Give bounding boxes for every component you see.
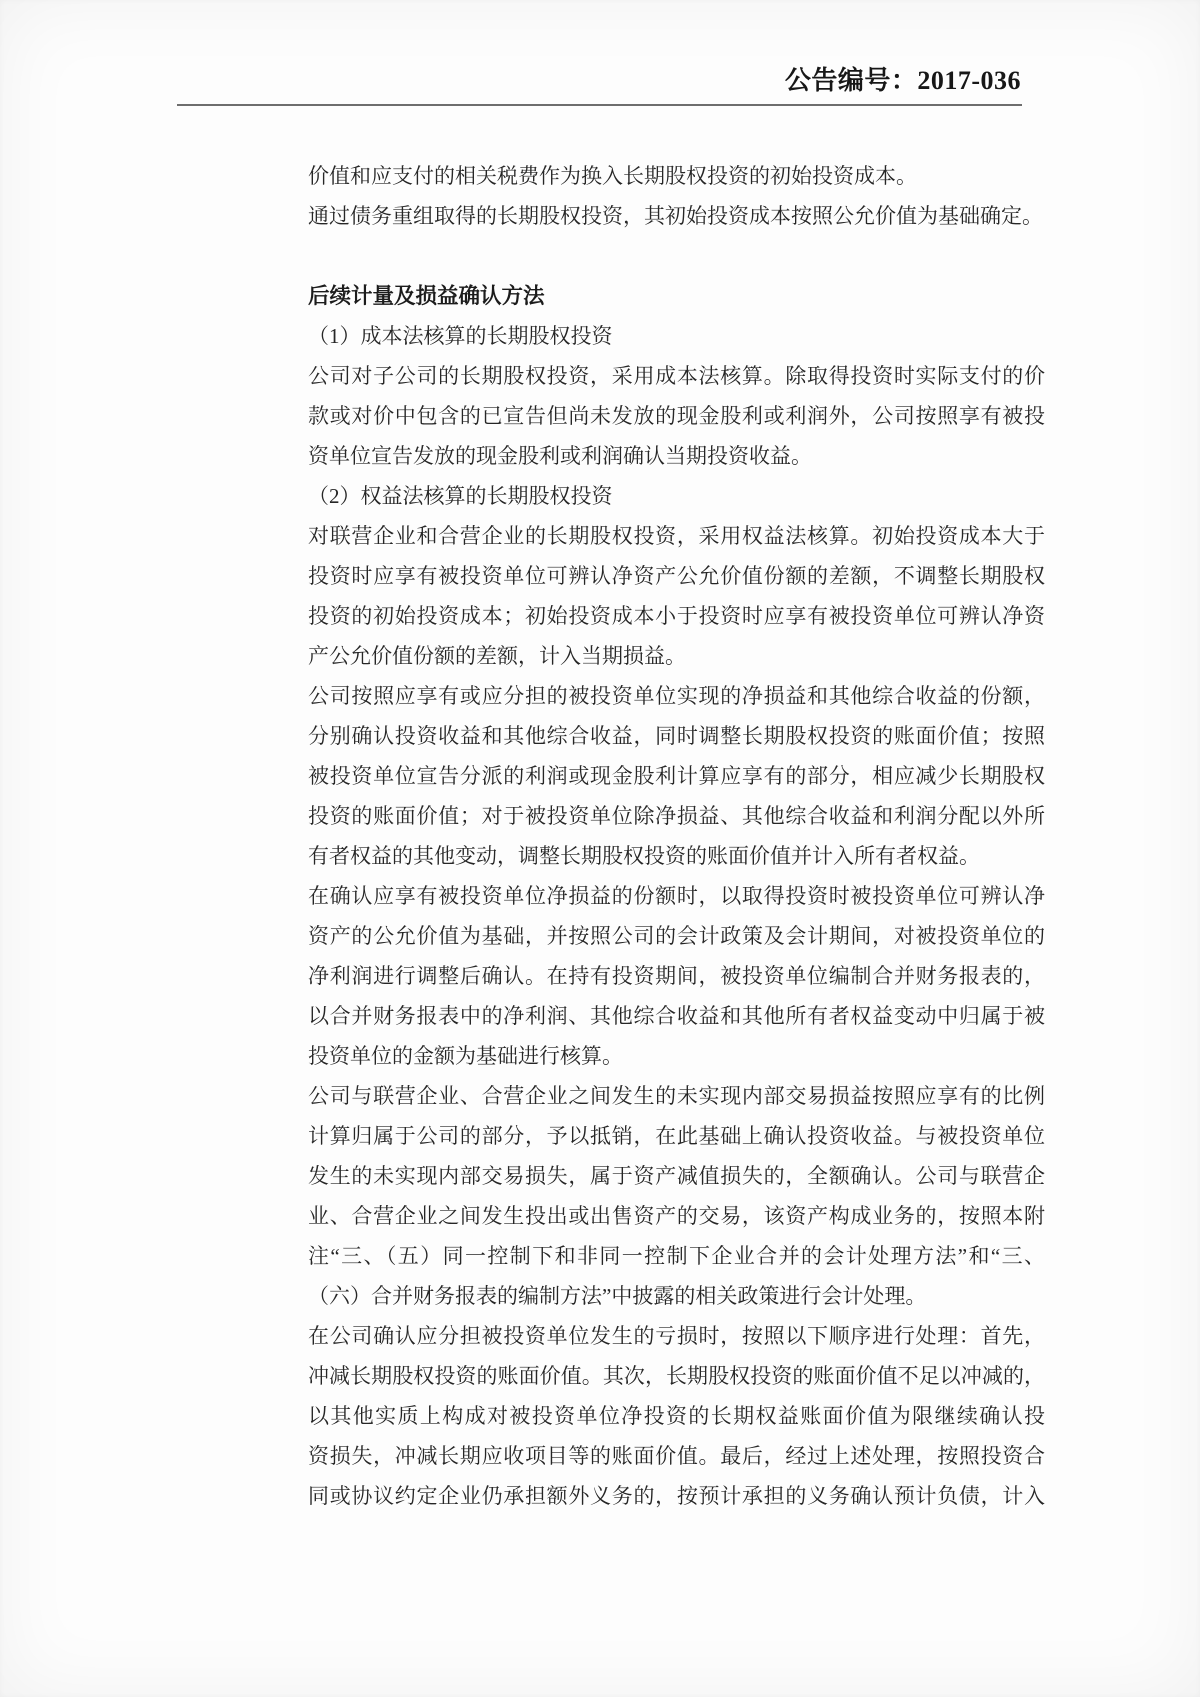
- text-line: 资产的公允价值为基础，并按照公司的会计政策及会计期间，对被投资单位的: [308, 916, 1045, 956]
- text-line: 投资的初始投资成本；初始投资成本小于投资时应享有被投资单位可辨认净资: [308, 596, 1045, 636]
- text-line: 通过债务重组取得的长期股权投资，其初始投资成本按照公允价值为基础确定。: [308, 196, 1045, 236]
- header-divider: [177, 104, 1022, 106]
- document-page: 公告编号：2017-036 价值和应支付的相关税费作为换入长期股权投资的初始投资…: [0, 0, 1200, 1697]
- text-line: 业、合营企业之间发生投出或出售资产的交易，该资产构成业务的，按照本附: [308, 1196, 1045, 1236]
- text-line: 投资时应享有被投资单位可辨认净资产公允价值份额的差额，不调整长期股权: [308, 556, 1045, 596]
- text-line: 冲减长期股权投资的账面价值。其次，长期股权投资的账面价值不足以冲减的，: [308, 1356, 1045, 1396]
- text-line: （1）成本法核算的长期股权投资: [308, 316, 1045, 356]
- text-line: 分别确认投资收益和其他综合收益，同时调整长期股权投资的账面价值；按照: [308, 716, 1045, 756]
- text-line: 投资单位的金额为基础进行核算。: [308, 1036, 1045, 1076]
- text-line: 公司与联营企业、合营企业之间发生的未实现内部交易损益按照应享有的比例: [308, 1076, 1045, 1116]
- text-line: 被投资单位宣告分派的利润或现金股利计算应享有的部分，相应减少长期股权: [308, 756, 1045, 796]
- section-title: 后续计量及损益确认方法: [308, 276, 545, 316]
- text-line: 在公司确认应分担被投资单位发生的亏损时，按照以下顺序进行处理：首先，: [308, 1316, 1045, 1356]
- text-line: 有者权益的其他变动，调整长期股权投资的账面价值并计入所有者权益。: [308, 836, 1045, 876]
- text-line: 计算归属于公司的部分，予以抵销，在此基础上确认投资收益。与被投资单位: [308, 1116, 1045, 1156]
- section-heading: 3、后续计量及损益确认方法: [308, 276, 1045, 316]
- announcement-number: 公告编号：2017-036: [785, 64, 1021, 98]
- text-line: （六）合并财务报表的编制方法”中披露的相关政策进行会计处理。: [308, 1276, 1045, 1316]
- text-line: 净利润进行调整后确认。在持有投资期间，被投资单位编制合并财务报表的，: [308, 956, 1045, 996]
- text-line: 公司按照应享有或应分担的被投资单位实现的净损益和其他综合收益的份额，: [308, 676, 1045, 716]
- text-line: 资单位宣告发放的现金股利或利润确认当期投资收益。: [308, 436, 1045, 476]
- text-line: 对联营企业和合营企业的长期股权投资，采用权益法核算。初始投资成本大于: [308, 516, 1045, 556]
- text-line: 在确认应享有被投资单位净损益的份额时，以取得投资时被投资单位可辨认净: [308, 876, 1045, 916]
- paragraph-spacer: [308, 236, 1045, 276]
- text-line: 以其他实质上构成对被投资单位净投资的长期权益账面价值为限继续确认投: [308, 1396, 1045, 1436]
- text-line: 产公允价值份额的差额，计入当期损益。: [308, 636, 1045, 676]
- text-line: 同或协议约定企业仍承担额外义务的，按预计承担的义务确认预计负债，计入: [308, 1476, 1045, 1516]
- text-line: 资损失，冲减长期应收项目等的账面价值。最后，经过上述处理，按照投资合: [308, 1436, 1045, 1476]
- text-line: 注“三、（五）同一控制下和非同一控制下企业合并的会计处理方法”和“三、: [308, 1236, 1045, 1276]
- text-line: 以合并财务报表中的净利润、其他综合收益和其他所有者权益变动中归属于被: [308, 996, 1045, 1036]
- text-line: （2）权益法核算的长期股权投资: [308, 476, 1045, 516]
- text-line: 公司对子公司的长期股权投资，采用成本法核算。除取得投资时实际支付的价: [308, 356, 1045, 396]
- document-body: 价值和应支付的相关税费作为换入长期股权投资的初始投资成本。通过债务重组取得的长期…: [308, 156, 1045, 1516]
- text-line: 价值和应支付的相关税费作为换入长期股权投资的初始投资成本。: [308, 156, 1045, 196]
- text-line: 投资的账面价值；对于被投资单位除净损益、其他综合收益和利润分配以外所: [308, 796, 1045, 836]
- text-line: 款或对价中包含的已宣告但尚未发放的现金股利或利润外，公司按照享有被投: [308, 396, 1045, 436]
- text-line: 发生的未实现内部交易损失，属于资产减值损失的，全额确认。公司与联营企: [308, 1156, 1045, 1196]
